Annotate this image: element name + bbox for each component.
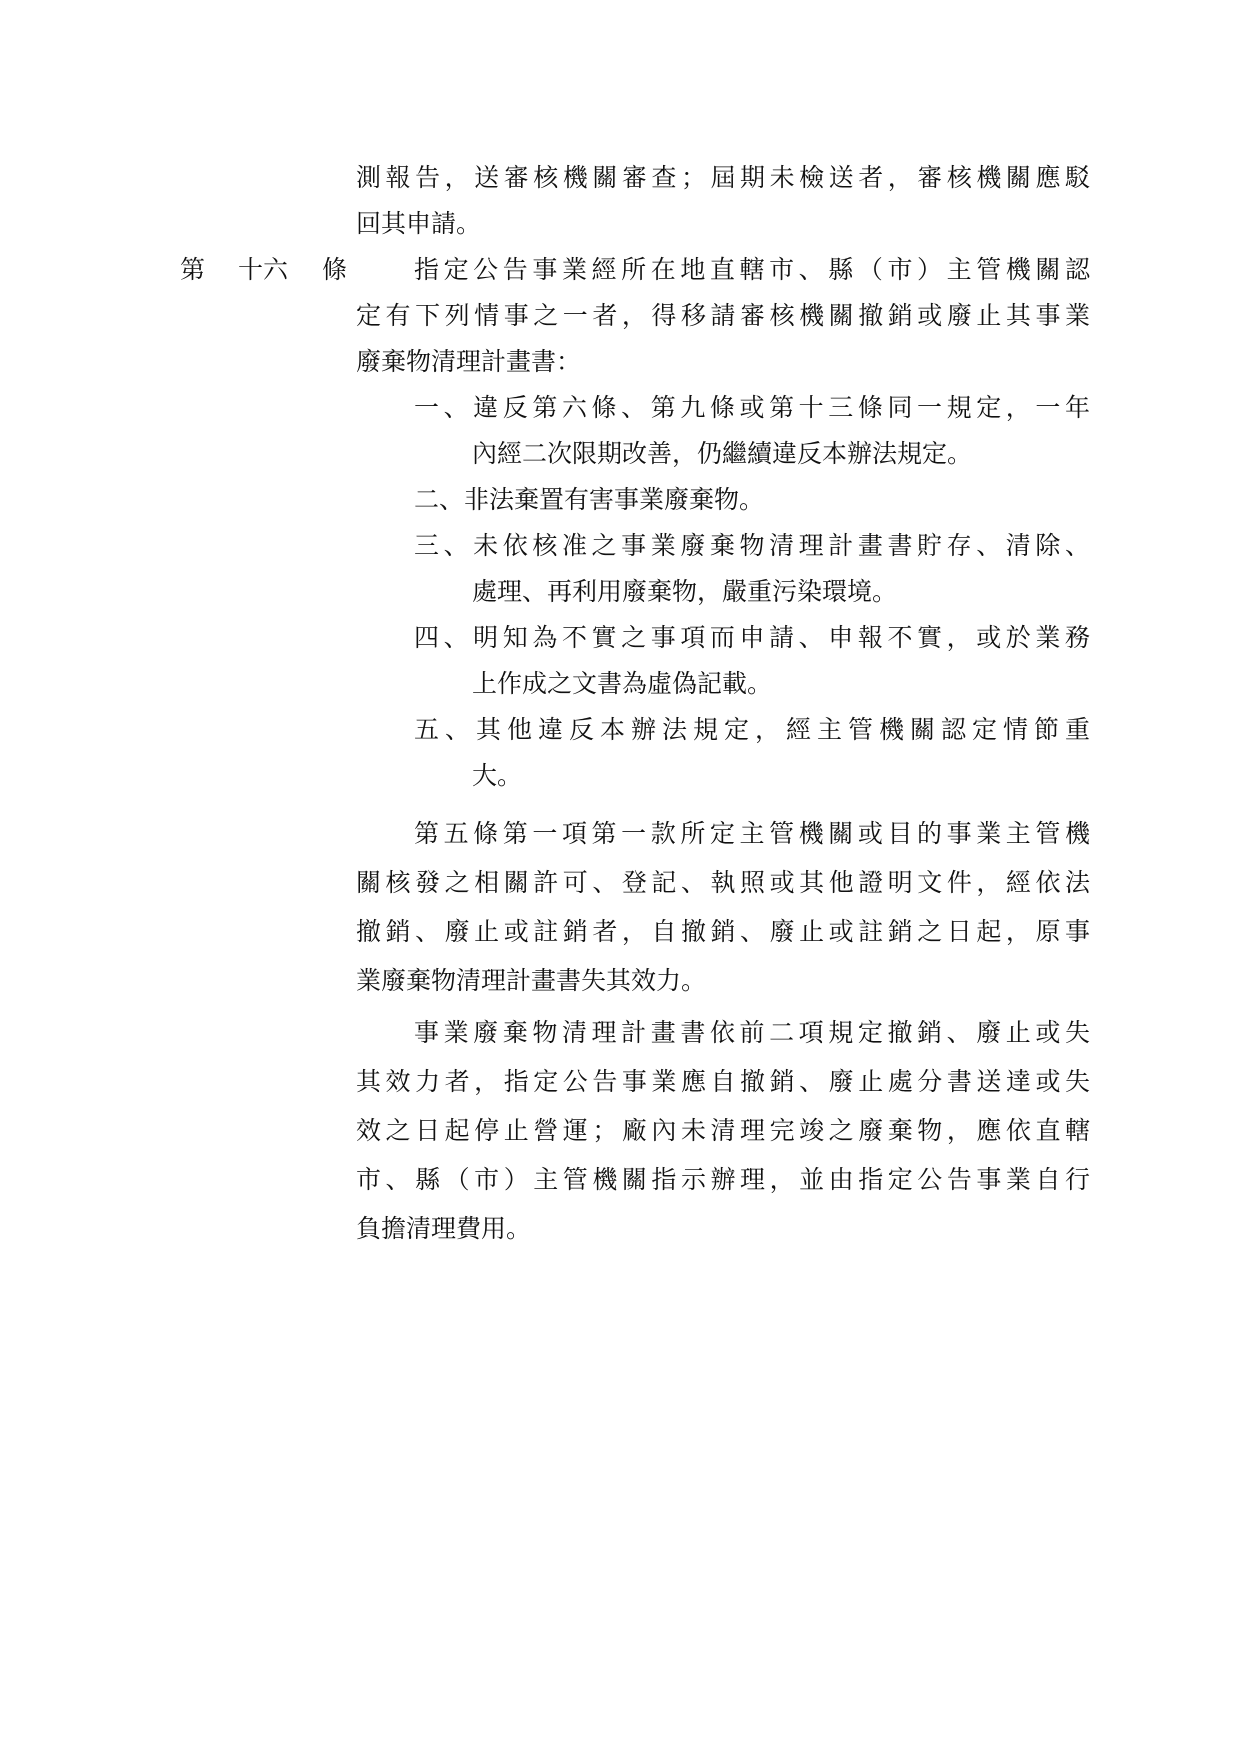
article-label-number: 十六 <box>238 253 288 287</box>
article-label-prefix: 第 <box>180 253 205 287</box>
paragraph-3-line-5: 負擔清理費用。 <box>356 1212 1090 1246</box>
list-item-3-line-1: 三、未依核准之事業廢棄物清理計畫書貯存、清除、 <box>414 529 1090 563</box>
list-item-2-line-1: 二、非法棄置有害事業廢棄物。 <box>414 483 1090 517</box>
continuation-line-1: 測報告，送審核機關審查；屆期未檢送者，審核機關應駁 <box>356 161 1090 195</box>
document-page: 測報告，送審核機關審查；屆期未檢送者，審核機關應駁 回其申請。 第 十六 條 指… <box>0 0 1241 1755</box>
continuation-line-2: 回其申請。 <box>356 207 1090 241</box>
list-item-4-line-1: 四、明知為不實之事項而申請、申報不實，或於業務 <box>414 621 1090 655</box>
paragraph-2-line-4: 業廢棄物清理計畫書失其效力。 <box>356 964 1090 998</box>
list-item-3-line-2: 處理、再利用廢棄物，嚴重污染環境。 <box>472 575 1090 609</box>
article-intro-line-1: 指定公告事業經所在地直轄市、縣（市）主管機關認 <box>414 253 1090 287</box>
list-item-4-line-2: 上作成之文書為虛偽記載。 <box>472 667 1090 701</box>
article-intro-line-2: 定有下列情事之一者，得移請審核機關撤銷或廢止其事業 <box>356 299 1090 333</box>
paragraph-2-line-2: 關核發之相關許可、登記、執照或其他證明文件，經依法 <box>356 866 1090 900</box>
article-label-suffix: 條 <box>322 253 347 287</box>
paragraph-3-line-4: 市、縣（市）主管機關指示辦理，並由指定公告事業自行 <box>356 1163 1090 1197</box>
paragraph-2-line-1: 第五條第一項第一款所定主管機關或目的事業主管機 <box>414 817 1090 851</box>
paragraph-3-line-1: 事業廢棄物清理計畫書依前二項規定撤銷、廢止或失 <box>414 1016 1090 1050</box>
paragraph-2-line-3: 撤銷、廢止或註銷者，自撤銷、廢止或註銷之日起，原事 <box>356 915 1090 949</box>
list-item-1-line-1: 一、違反第六條、第九條或第十三條同一規定，一年 <box>414 391 1090 425</box>
list-item-5-line-2: 大。 <box>472 759 1090 793</box>
list-item-5-line-1: 五、其他違反本辦法規定，經主管機關認定情節重 <box>414 713 1090 747</box>
article-intro-line-3: 廢棄物清理計畫書： <box>356 345 1090 379</box>
paragraph-3-line-2: 其效力者，指定公告事業應自撤銷、廢止處分書送達或失 <box>356 1065 1090 1099</box>
list-item-1-line-2: 內經二次限期改善，仍繼續違反本辦法規定。 <box>472 437 1090 471</box>
paragraph-3-line-3: 效之日起停止營運；廠內未清理完竣之廢棄物，應依直轄 <box>356 1114 1090 1148</box>
